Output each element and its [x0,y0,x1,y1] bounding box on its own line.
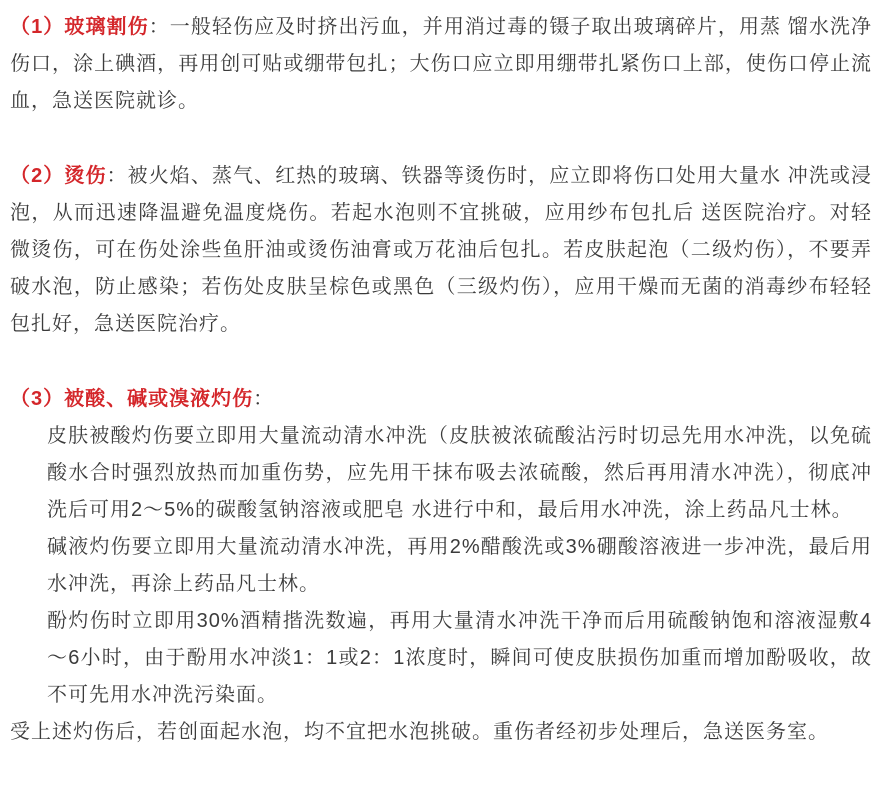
section-glass-cut-colon: ： [149,16,170,38]
closing-note: 受上述灼伤后，若创面起水泡，均不宜把水泡挑破。重伤者经初步处理后，急送医务室。 [10,714,872,751]
section-chemical-burn-heading: （3）被酸、碱或溴液灼伤 [10,388,253,410]
acid-burn-paragraph: 皮肤被酸灼伤要立即用大量流动清水冲洗（皮肤被浓硫酸沾污时切忌先用水冲洗，以免硫酸… [10,418,872,529]
section-scald: （2）烫伤：被火焰、蒸气、红热的玻璃、铁器等烫伤时，应立即将伤口处用大量水 冲洗… [10,158,872,343]
section-scald-colon: ： [107,165,128,187]
alkali-burn-paragraph: 碱液灼伤要立即用大量流动清水冲洗，再用2%醋酸洗或3%硼酸溶液进一步冲洗，最后用… [10,529,872,603]
section-glass-cut: （1）玻璃割伤：一般轻伤应及时挤出污血，并用消过毒的镊子取出玻璃碎片，用蒸 馏水… [10,9,872,120]
section-chemical-burn-heading-line: （3）被酸、碱或溴液灼伤： [10,381,872,418]
section-chemical-burn: （3）被酸、碱或溴液灼伤： 皮肤被酸灼伤要立即用大量流动清水冲洗（皮肤被浓硫酸沾… [10,381,872,714]
first-aid-document: （1）玻璃割伤：一般轻伤应及时挤出污血，并用消过毒的镊子取出玻璃碎片，用蒸 馏水… [0,0,885,751]
section-glass-cut-heading: （1）玻璃割伤 [10,16,149,38]
section-scald-body: 被火焰、蒸气、红热的玻璃、铁器等烫伤时，应立即将伤口处用大量水 冲洗或浸泡，从而… [10,165,872,335]
phenol-burn-paragraph: 酚灼伤时立即用30%酒精揩洗数遍，再用大量清水冲洗干净而后用硫酸钠饱和溶液湿敷4… [10,603,872,714]
section-chemical-burn-colon: ： [253,388,274,410]
section-scald-heading: （2）烫伤 [10,165,107,187]
